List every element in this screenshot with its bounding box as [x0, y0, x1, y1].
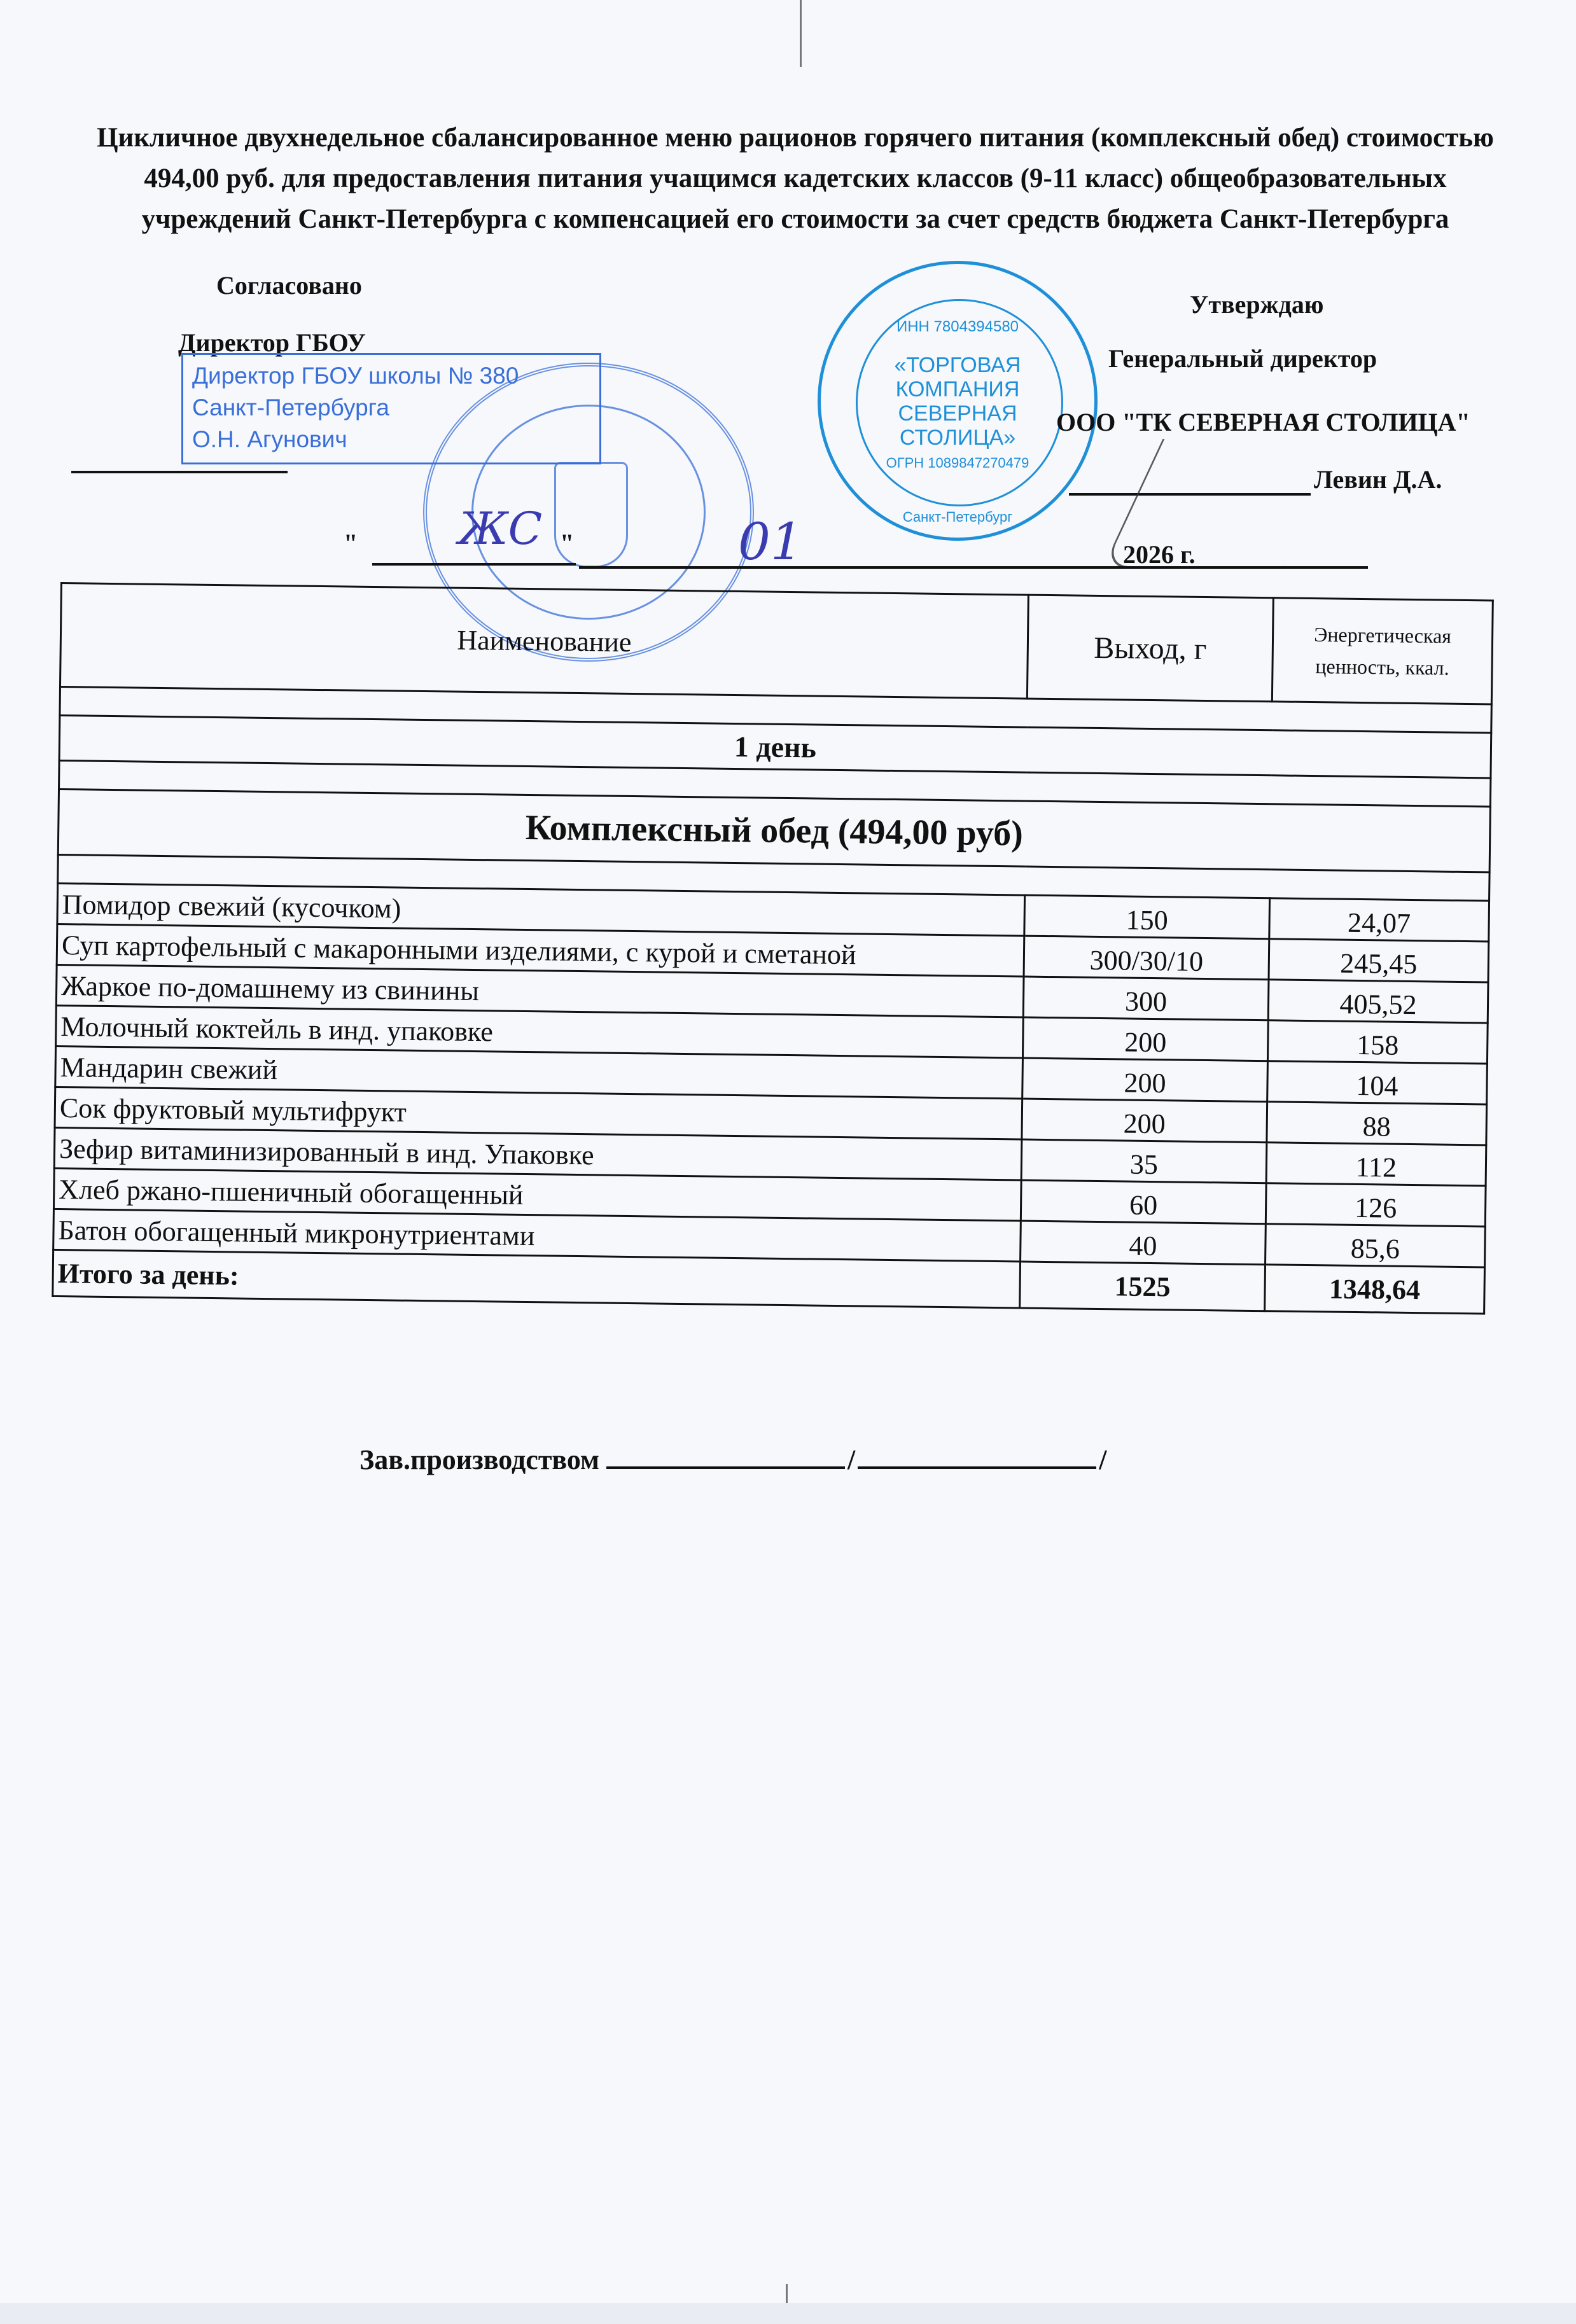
item-yield: 35	[1021, 1139, 1267, 1183]
company-round-stamp: ИНН 7804394580 «ТОРГОВАЯ КОМПАНИЯ СЕВЕРН…	[818, 261, 1098, 541]
date-close-quote: "	[560, 528, 574, 558]
header-yield: Выход, г	[1027, 595, 1273, 702]
item-yield: 60	[1021, 1180, 1266, 1224]
stamp-ogrn: ОГРН 1089847270479	[821, 455, 1094, 471]
document-title: Цикличное двухнедельное сбалансированное…	[83, 118, 1508, 240]
menu-items: Помидор свежий (кусочком)15024,07Суп кар…	[53, 883, 1489, 1267]
total-yield: 1525	[1020, 1262, 1266, 1311]
stamp-city: Санкт-Петербург	[821, 509, 1094, 525]
item-yield: 200	[1022, 1058, 1268, 1102]
header-energy-line1: Энергетическая	[1278, 618, 1488, 652]
footer-separator: /	[1099, 1444, 1106, 1476]
date-day-line	[372, 563, 576, 566]
item-energy: 85,6	[1266, 1224, 1486, 1267]
item-energy: 104	[1267, 1061, 1488, 1104]
footer-sign-line	[606, 1441, 845, 1469]
item-yield: 40	[1021, 1221, 1266, 1265]
approve-company: ООО "ТК СЕВЕРНАЯ СТОЛИЦА"	[1056, 407, 1470, 437]
date-month-line	[579, 566, 1368, 569]
stamp-name-line: СТОЛИЦА»	[821, 426, 1094, 450]
stamp-company-name: «ТОРГОВАЯ КОМПАНИЯ СЕВЕРНАЯ СТОЛИЦА»	[821, 353, 1094, 450]
item-yield: 300	[1023, 977, 1269, 1020]
table-header-row: Наименование Выход, г Энергетическая цен…	[60, 583, 1493, 704]
date-day-handwritten: ЖС	[458, 503, 542, 555]
signature-line-left	[71, 471, 288, 473]
agreed-label: Согласовано	[216, 270, 362, 300]
total-energy: 1348,64	[1265, 1265, 1485, 1314]
item-energy: 24,07	[1269, 898, 1489, 942]
header-energy: Энергетическая ценность, ккал.	[1272, 598, 1493, 704]
approve-signatory: Левин Д.А.	[1314, 464, 1442, 494]
footer-label: Зав.производством	[359, 1444, 599, 1475]
item-yield: 200	[1022, 1017, 1268, 1061]
item-energy: 88	[1267, 1102, 1487, 1145]
item-energy: 126	[1266, 1183, 1486, 1227]
item-yield: 150	[1024, 895, 1270, 939]
stamp-name-line: «ТОРГОВАЯ	[821, 353, 1094, 377]
scan-bottom-band	[0, 2303, 1576, 2324]
page-edge-mark-top	[800, 0, 802, 67]
menu-table: Наименование Выход, г Энергетическая цен…	[52, 582, 1494, 1314]
footer-separator: /	[847, 1444, 855, 1476]
stamp-inn: ИНН 7804394580	[821, 318, 1094, 336]
item-energy: 245,45	[1269, 939, 1489, 982]
item-energy: 405,52	[1268, 980, 1488, 1023]
stamp-name-line: СЕВЕРНАЯ	[821, 401, 1094, 426]
production-manager-signature: Зав.производством //	[359, 1441, 1110, 1476]
header-name: Наименование	[60, 583, 1028, 699]
date-month-handwritten: 01	[738, 512, 803, 571]
date-year: 2026 г.	[1123, 539, 1196, 569]
approve-position: Генеральный директор	[1108, 344, 1377, 373]
item-energy: 112	[1266, 1143, 1486, 1186]
header-energy-line2: ценность, ккал.	[1277, 650, 1488, 684]
approve-label: Утверждаю	[1190, 289, 1323, 319]
item-energy: 158	[1267, 1020, 1488, 1064]
stamp-name-line: КОМПАНИЯ	[821, 377, 1094, 401]
footer-name-line	[858, 1441, 1096, 1469]
item-yield: 200	[1022, 1099, 1267, 1143]
date-open-quote: "	[344, 528, 358, 558]
item-yield: 300/30/10	[1024, 936, 1269, 980]
